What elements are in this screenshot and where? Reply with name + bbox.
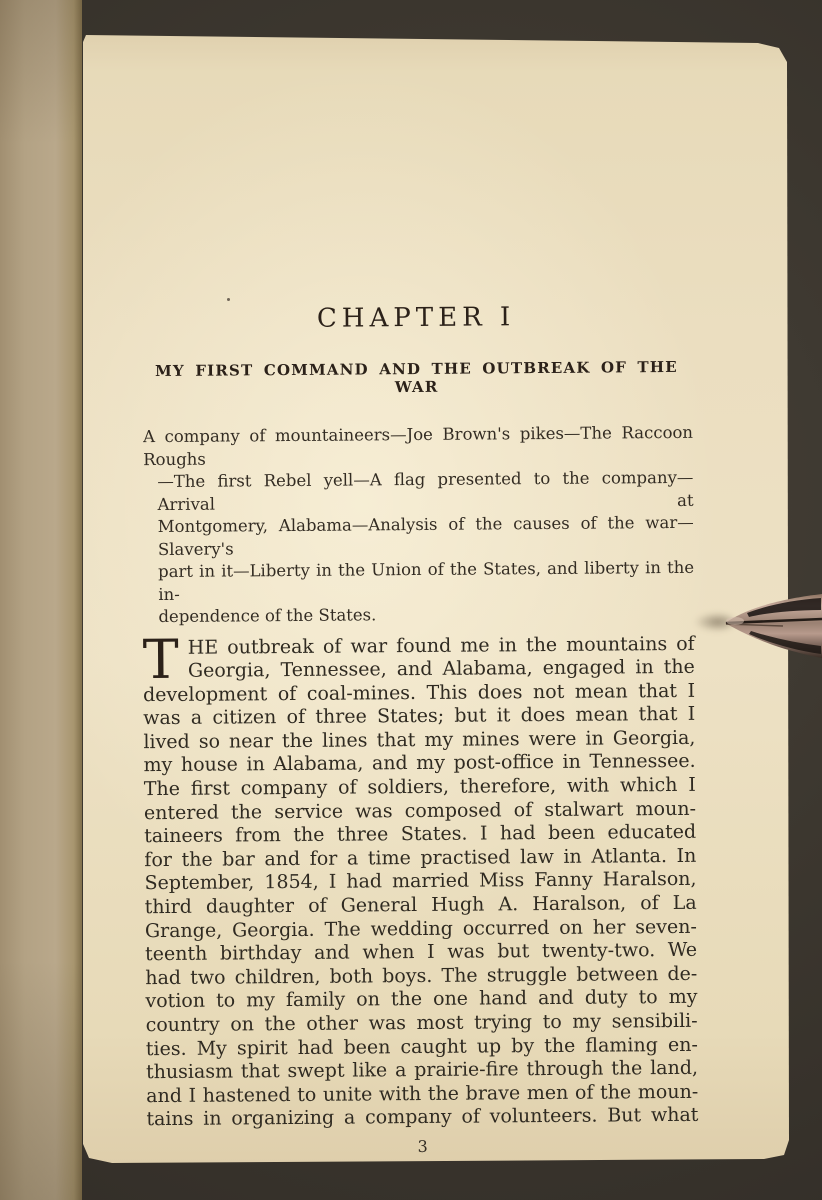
synopsis-line: —The first Rebel yell—A flag presented t… [141, 467, 693, 516]
page-number: 3 [147, 1135, 699, 1158]
synopsis-line: A company of mountaineers—Joe Brown's pi… [141, 422, 693, 471]
chapter-subtitle: MY FIRST COMMAND AND THE OUTBREAK OF THE… [140, 358, 692, 398]
page-text-block: CHAPTER I MY FIRST COMMAND AND THE OUTBR… [140, 302, 699, 1158]
facing-page-edge [0, 0, 82, 1200]
book-page: CHAPTER I MY FIRST COMMAND AND THE OUTBR… [0, 0, 822, 1200]
drop-cap: T [143, 637, 179, 681]
body-line: tains in organizing a company of volunte… [146, 1104, 698, 1132]
paper-speck [227, 298, 230, 301]
chapter-title: CHAPTER I [140, 302, 692, 334]
synopsis-line: dependence of the States. [142, 602, 694, 629]
synopsis-line: Montgomery, Alabama—Analysis of the caus… [142, 512, 694, 561]
body-lines: HE outbreak of war found me in the mount… [143, 632, 699, 1132]
book-photograph: CHAPTER I MY FIRST COMMAND AND THE OUTBR… [0, 0, 822, 1200]
metal-page-marker-icon [713, 586, 822, 662]
body-text: T HE outbreak of war found me in the mou… [143, 632, 699, 1132]
chapter-synopsis: A company of mountaineers—Joe Brown's pi… [141, 422, 695, 629]
synopsis-line: part in it—Liberty in the Union of the S… [142, 557, 694, 606]
